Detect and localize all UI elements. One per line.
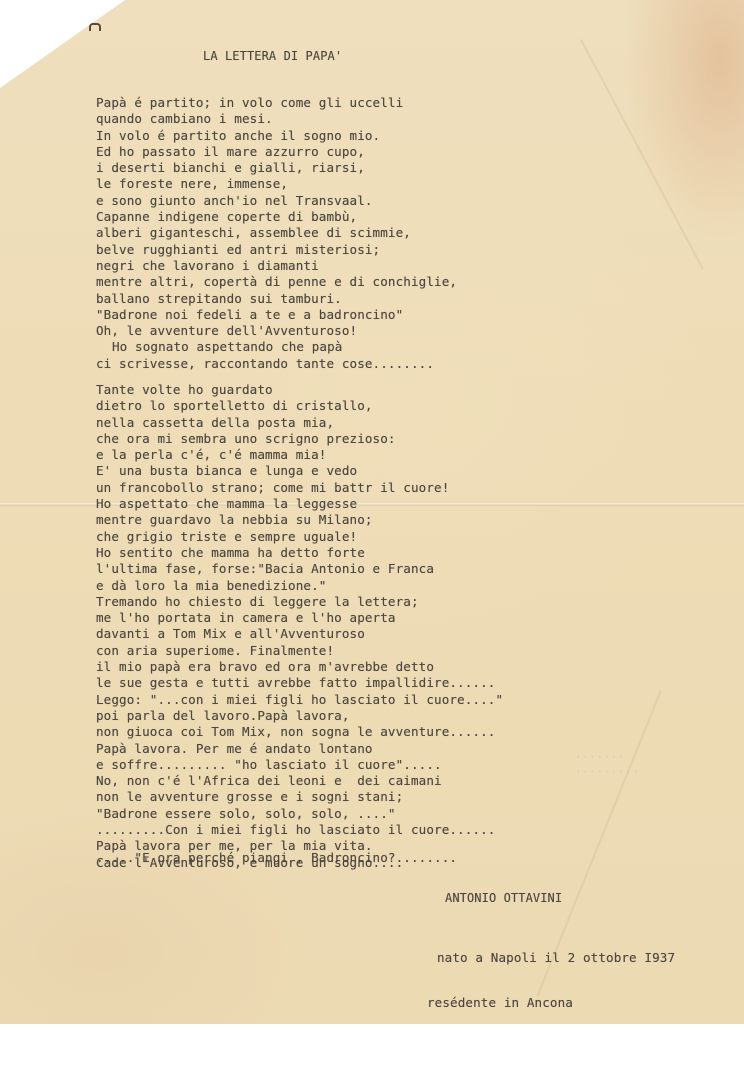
poem-line: "Badrone noi fedeli a te e a badroncino" — [96, 307, 457, 323]
poem-line: le foreste nere, immense, — [96, 176, 457, 192]
poem-line: dietro lo sportelletto di cristallo, — [96, 398, 503, 414]
closing-line: ....."E ora perché piangi , Badroncino?.… — [96, 850, 457, 865]
poem-line: ballano strepitando sui tamburi. — [96, 291, 457, 307]
poem-line: le sue gesta e tutti avrebbe fatto impal… — [96, 675, 503, 691]
poem-line: i deserti bianchi e gialli, riarsi, — [96, 160, 457, 176]
poem-line: poi parla del lavoro.Papà lavora, — [96, 708, 503, 724]
poem-line: nella cassetta della posta mia, — [96, 415, 503, 431]
poem-line: Ho sentito che mamma ha detto forte — [96, 545, 503, 561]
poem-line: e sono giunto anch'io nel Transvaal. — [96, 193, 457, 209]
poem-line: con aria superiome. Finalmente! — [96, 643, 503, 659]
bleed-through-text: ······· ········· — [560, 735, 712, 780]
poem-line: mentre altri, copertà di penne e di conc… — [96, 274, 457, 290]
poem-line: Capanne indigene coperte di bambù, — [96, 209, 457, 225]
poem-line: Ho sognato aspettando che papà — [96, 339, 457, 355]
poem-line: che ora mi sembra uno scrigno prezioso: — [96, 431, 503, 447]
poem-line: un francobollo strano; come mi battr il … — [96, 480, 503, 496]
paper-sheet: ······· ········· LA LETTERA DI PAPA' Pa… — [0, 0, 744, 1024]
poem-line: non le avventure grosse e i sogni stani; — [96, 789, 503, 805]
stanza-1: Papà é partito; in volo come gli uccelli… — [96, 95, 457, 372]
birth-line: nato a Napoli il 2 ottobre I937 — [427, 950, 681, 965]
poem-line: ci scrivesse, raccontando tante cose....… — [96, 356, 457, 372]
poem-line: e la perla c'é, c'é mamma mia! — [96, 447, 503, 463]
poem-line: Papà lavora. Per me é andato lontano — [96, 741, 503, 757]
stanza-2: Tante volte ho guardatodietro lo sportel… — [96, 382, 503, 871]
poem-line: non giuoca coi Tom Mix, non sogna le avv… — [96, 724, 503, 740]
poem-line: il mio papà era bravo ed ora m'avrebbe d… — [96, 659, 503, 675]
poem-line: mentre guardavo la nebbia su Milano; — [96, 512, 503, 528]
poem-line: .........Con i miei figli ho lasciato il… — [96, 822, 503, 838]
poem-line: Oh, le avventure dell'Avventuroso! — [96, 323, 457, 339]
poem-line: Papà é partito; in volo come gli uccelli — [96, 95, 457, 111]
poem-line: No, non c'é l'Africa dei leoni e dei cai… — [96, 773, 503, 789]
poem-line: davanti a Tom Mix e all'Avventuroso — [96, 626, 503, 642]
poem-line: me l'ho portata in camera e l'ho aperta — [96, 610, 503, 626]
poem-line: In volo é partito anche il sogno mio. — [96, 128, 457, 144]
poem-line: l'ultima fase, forse:"Bacia Antonio e Fr… — [96, 561, 503, 577]
poem-line: negri che lavorano i diamanti — [96, 258, 457, 274]
poem-line: quando cambiano i mesi. — [96, 111, 457, 127]
poem-line: "Badrone essere solo, solo, solo, ...." — [96, 806, 503, 822]
author-name: ANTONIO OTTAVINI — [445, 891, 562, 905]
poem-line: alberi giganteschi, assemblee di scimmie… — [96, 225, 457, 241]
poem-line: Ho aspettato che mamma la leggesse — [96, 496, 503, 512]
poem-line: Tremando ho chiesto di leggere la letter… — [96, 594, 503, 610]
poem-line: Ed ho passato il mare azzurro cupo, — [96, 144, 457, 160]
poem-line: che grigio triste e sempre uguale! — [96, 529, 503, 545]
author-address: nato a Napoli il 2 ottobre I937 resédent… — [427, 920, 681, 1024]
poem-line: E' una busta bianca e lunga e vedo — [96, 463, 503, 479]
poem-line: e dà loro la mia benedizione." — [96, 578, 503, 594]
staple-mark — [89, 23, 101, 31]
poem-line: Tante volte ho guardato — [96, 382, 503, 398]
diagonal-crease — [580, 39, 704, 270]
residence-line: resédente in Ancona — [427, 995, 681, 1010]
poem-line: e soffre......... "ho lasciato il cuore"… — [96, 757, 503, 773]
poem-line: belve rugghianti ed antri misteriosi; — [96, 242, 457, 258]
poem-title: LA LETTERA DI PAPA' — [203, 49, 342, 63]
poem-line: Leggo: "...con i miei figli ho lasciato … — [96, 692, 503, 708]
